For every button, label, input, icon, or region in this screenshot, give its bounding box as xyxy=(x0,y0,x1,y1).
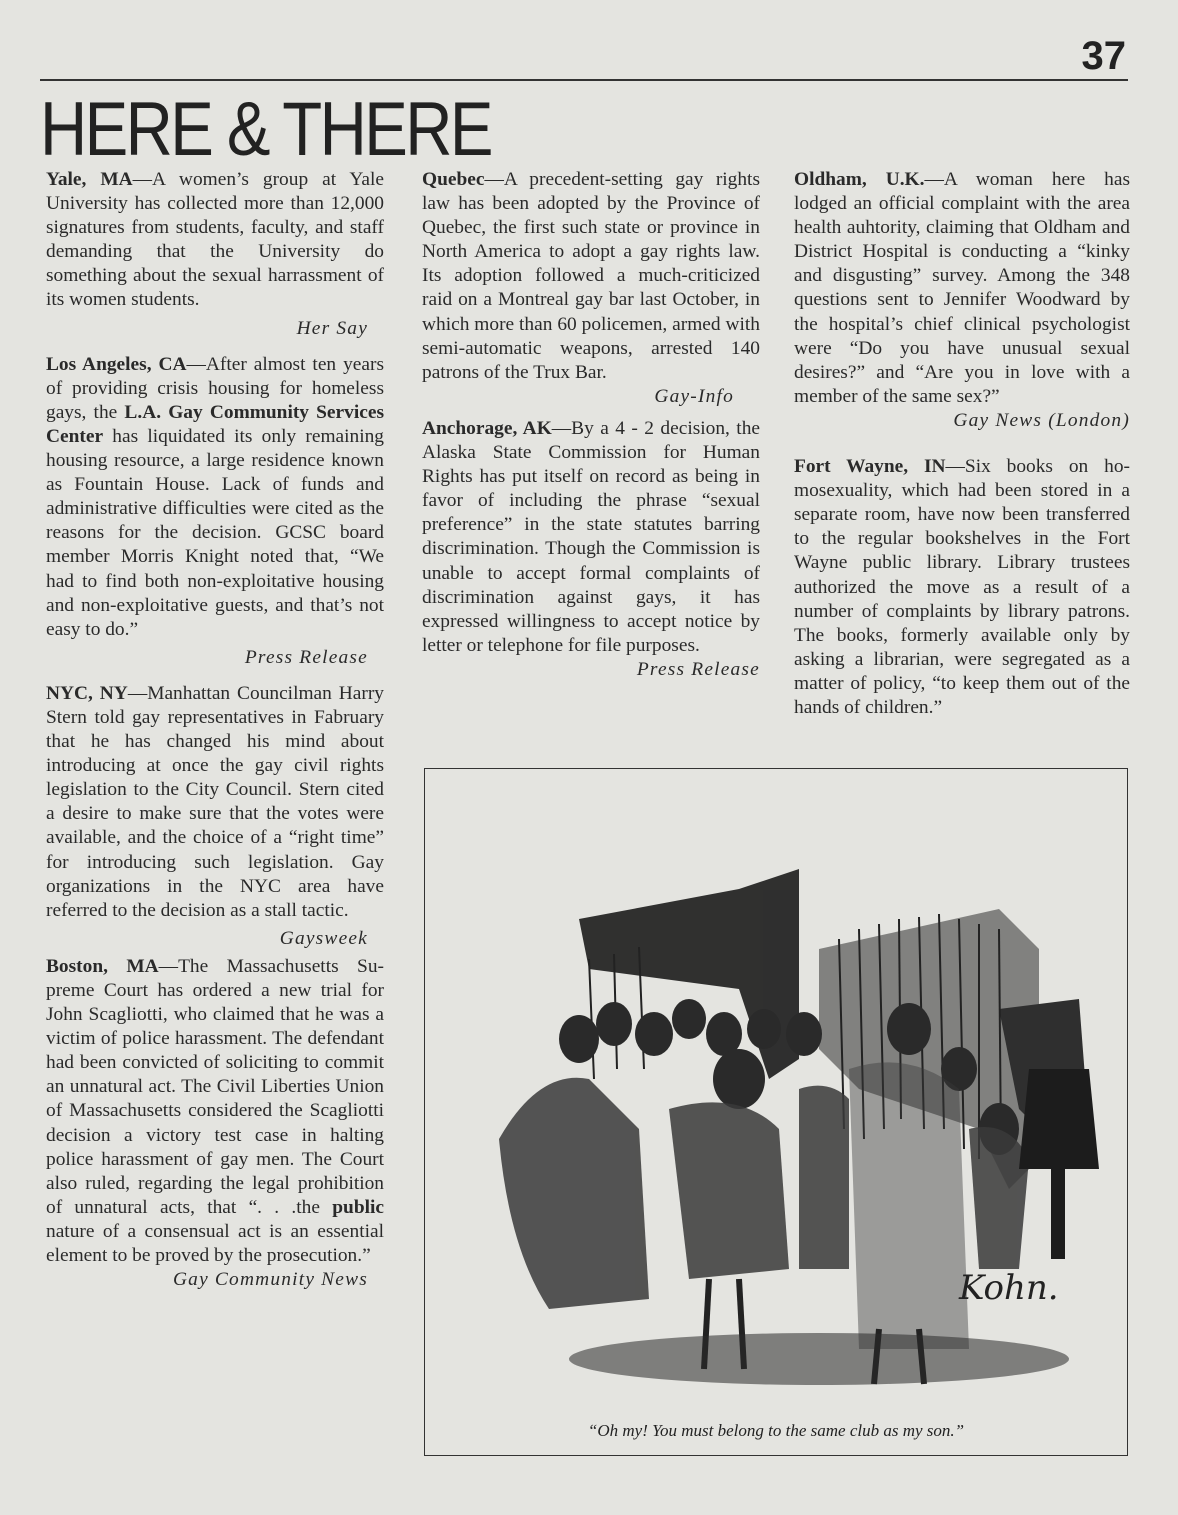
article-source: Gaysweek xyxy=(46,927,384,951)
page-number: 37 xyxy=(1082,34,1127,79)
article-body: Quebec—A precedent-setting gay rights la… xyxy=(422,168,760,385)
article-body: Los Angeles, CA—After almost ten years o… xyxy=(46,353,384,642)
article-body: Boston, MA—The Massachusetts Su­preme Co… xyxy=(46,955,384,1268)
article-los-angeles: Los Angeles, CA—After almost ten years o… xyxy=(46,353,384,670)
article-source: Gay Community News xyxy=(46,1268,384,1292)
column-3: Oldham, U.K.—A woman here has lodged an … xyxy=(794,168,1130,720)
dateline: Fort Wayne, IN xyxy=(794,456,946,477)
dash: — xyxy=(552,418,571,439)
column-2: Quebec—A precedent-setting gay rights la… xyxy=(422,168,760,682)
article-nyc: NYC, NY—Manhattan Councilman Harry Stern… xyxy=(46,682,384,951)
article-text: The Massachusetts Su­preme Court has ord… xyxy=(46,956,384,1218)
dash: — xyxy=(133,169,152,190)
dash: — xyxy=(187,354,206,375)
dateline: Los Angeles, CA xyxy=(46,354,187,375)
article-fort-wayne: Fort Wayne, IN—Six books on ho­mosexuali… xyxy=(794,455,1130,720)
article-body: Anchorage, AK—By a 4 - 2 decision, the A… xyxy=(422,417,760,658)
dash: — xyxy=(946,456,965,477)
article-text: A woman here has lodged an official comp… xyxy=(794,169,1130,407)
dateline: NYC, NY xyxy=(46,683,128,704)
article-anchorage: Anchorage, AK—By a 4 - 2 decision, the A… xyxy=(422,417,760,682)
article-body: Fort Wayne, IN—Six books on ho­mosexuali… xyxy=(794,455,1130,720)
dateline: Yale, MA xyxy=(46,169,133,190)
article-text: Six books on ho­mosexuality, which had b… xyxy=(794,456,1130,718)
article-text: Manhattan Councilman Harry Stern told ga… xyxy=(46,683,384,921)
dash: — xyxy=(159,956,178,977)
article-text: has liquidat­ed its only remaining housi… xyxy=(46,426,384,640)
article-body: Oldham, U.K.—A woman here has lodged an … xyxy=(794,168,1130,409)
cartoon-caption: “Oh my! You must belong to the same club… xyxy=(425,1421,1127,1441)
article-source: Press Release xyxy=(46,646,384,670)
dateline: Oldham, U.K. xyxy=(794,169,924,190)
dash: — xyxy=(128,683,147,704)
cartoon-frame: Kohn. “Oh my! You must belong to the sam… xyxy=(424,768,1128,1456)
article-body: NYC, NY—Manhattan Councilman Harry Stern… xyxy=(46,682,384,923)
article-text: By a 4 - 2 decision, the Alaska State Co… xyxy=(422,418,760,656)
article-body: Yale, MA—A women’s group at Yale Univers… xyxy=(46,168,384,313)
article-boston: Boston, MA—The Massachusetts Su­preme Co… xyxy=(46,955,384,1292)
dateline: Quebec xyxy=(422,169,484,190)
dateline: Anchorage, AK xyxy=(422,418,552,439)
section-title: HERE & THERE xyxy=(40,92,491,168)
dash: — xyxy=(484,169,503,190)
header-rule xyxy=(40,79,1128,81)
article-source: Gay-Info xyxy=(422,385,760,409)
dash: — xyxy=(924,169,943,190)
artist-signature: Kohn. xyxy=(958,1268,1059,1308)
article-text: A precedent-setting gay rights law has b… xyxy=(422,169,760,383)
column-1: Yale, MA—A women’s group at Yale Univers… xyxy=(46,168,384,1292)
cartoon-illustration-icon: Kohn. xyxy=(439,829,1115,1389)
article-source: Her Say xyxy=(46,317,384,341)
article-text: A women’s group at Yale University has c… xyxy=(46,169,384,310)
dateline: Boston, MA xyxy=(46,956,159,977)
article-yale: Yale, MA—A women’s group at Yale Univers… xyxy=(46,168,384,341)
article-quebec: Quebec—A precedent-setting gay rights la… xyxy=(422,168,760,409)
article-oldham: Oldham, U.K.—A woman here has lodged an … xyxy=(794,168,1130,433)
article-source: Gay News (London) xyxy=(794,409,1130,433)
emphasis-word: public xyxy=(332,1197,384,1218)
article-text: nature of a consensual act is an essenti… xyxy=(46,1221,384,1266)
article-source: Press Release xyxy=(422,658,760,682)
